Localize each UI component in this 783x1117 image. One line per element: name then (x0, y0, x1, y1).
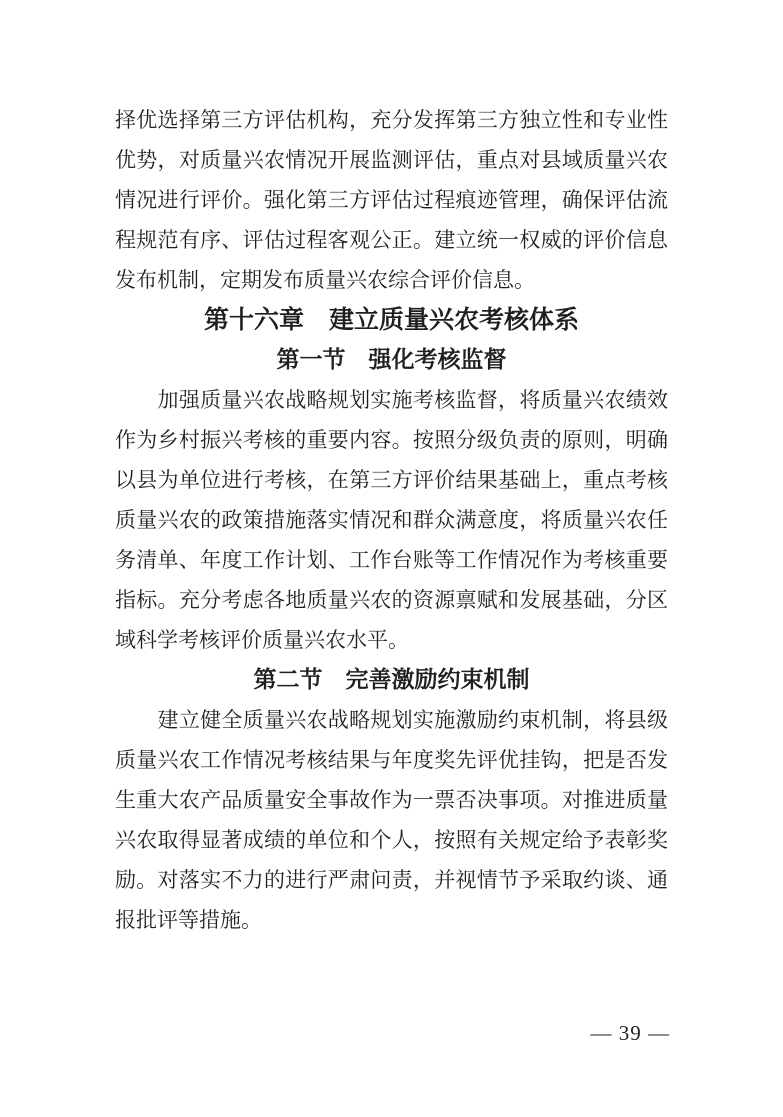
chapter-heading: 第十六章 建立质量兴农考核体系 (115, 300, 668, 340)
text-line: 质量兴农工作情况考核结果与年度奖先评优挂钩，把是否发 (115, 740, 668, 780)
text-line: 优势，对质量兴农情况开展监测评估，重点对县域质量兴农 (115, 140, 668, 180)
text-line: 择优选择第三方评估机构，充分发挥第三方独立性和专业性 (115, 100, 668, 140)
text-line: 质量兴农的政策措施落实情况和群众满意度，将质量兴农任 (115, 500, 668, 540)
text-line: 报批评等措施。 (115, 900, 668, 940)
text-line: 情况进行评价。强化第三方评估过程痕迹管理，确保评估流 (115, 180, 668, 220)
text-line: 励。对落实不力的进行严肃问责，并视情节予采取约谈、通 (115, 860, 668, 900)
section-2-heading: 第二节 完善激励约束机制 (115, 660, 668, 700)
page-number: — 39 — (591, 1018, 671, 1048)
text-line: 兴农取得显著成绩的单位和个人，按照有关规定给予表彰奖 (115, 820, 668, 860)
text-line: 域科学考核评价质量兴农水平。 (115, 620, 668, 660)
section-1-heading: 第一节 强化考核监督 (115, 340, 668, 380)
text-line: 建立健全质量兴农战略规划实施激励约束机制，将县级 (115, 700, 668, 740)
text-line: 发布机制，定期发布质量兴农综合评价信息。 (115, 260, 668, 300)
section-1-paragraph: 加强质量兴农战略规划实施考核监督，将质量兴农绩效作为乡村振兴考核的重要内容。按照… (115, 380, 668, 660)
text-line: 务清单、年度工作计划、工作台账等工作情况作为考核重要 (115, 540, 668, 580)
text-line: 生重大农产品质量安全事故作为一票否决事项。对推进质量 (115, 780, 668, 820)
document-page: 择优选择第三方评估机构，充分发挥第三方独立性和专业性优势，对质量兴农情况开展监测… (0, 0, 783, 1117)
page-content: 择优选择第三方评估机构，充分发挥第三方独立性和专业性优势，对质量兴农情况开展监测… (115, 100, 668, 940)
continuation-paragraph: 择优选择第三方评估机构，充分发挥第三方独立性和专业性优势，对质量兴农情况开展监测… (115, 100, 668, 300)
text-line: 加强质量兴农战略规划实施考核监督，将质量兴农绩效 (115, 380, 668, 420)
section-2-paragraph: 建立健全质量兴农战略规划实施激励约束机制，将县级质量兴农工作情况考核结果与年度奖… (115, 700, 668, 940)
text-line: 程规范有序、评估过程客观公正。建立统一权威的评价信息 (115, 220, 668, 260)
text-line: 指标。充分考虑各地质量兴农的资源禀赋和发展基础，分区 (115, 580, 668, 620)
text-line: 作为乡村振兴考核的重要内容。按照分级负责的原则，明确 (115, 420, 668, 460)
text-line: 以县为单位进行考核，在第三方评价结果基础上，重点考核 (115, 460, 668, 500)
